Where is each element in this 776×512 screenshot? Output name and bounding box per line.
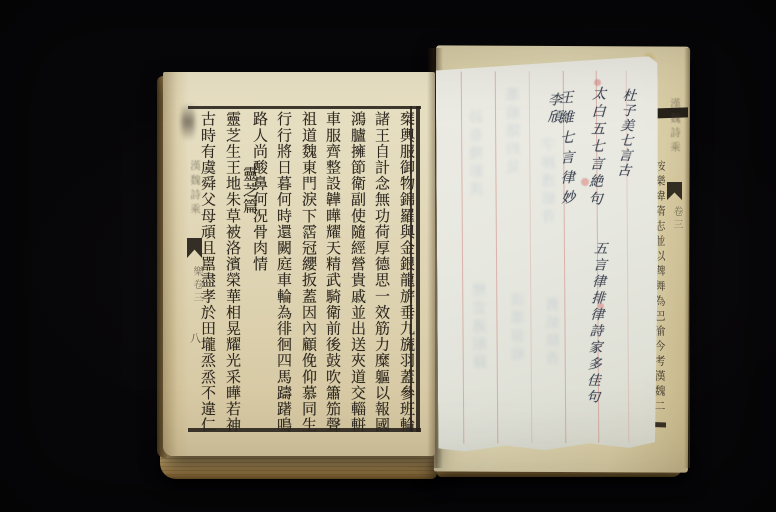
frame-top-border (188, 106, 421, 109)
poem-text-column: 古時有虞舜父母頑且嚚盡孝於田壠烝烝不違仁 (197, 111, 219, 433)
red-reading-mark (594, 79, 601, 86)
poem-text-column: 諸王自計念無功荷厚德思一效筋力糜軀以報國 (371, 111, 393, 433)
bleedthrough-text: 舊紙餘香 (543, 297, 564, 447)
poem-text-column: 車服齊整設韡曄耀天精武騎衛前後鼓吹簫笳聲 (322, 111, 344, 433)
red-reading-mark (581, 178, 589, 186)
bleedthrough-text: 墨痕隱約見 (504, 87, 525, 237)
red-reading-mark (598, 303, 604, 309)
poem-text-column: 行行將日暮何時還闕庭車輪為徘徊四馬躊躇鳴 (273, 111, 295, 433)
right-banxin-strip: 漢魏詩乘 卷三 (664, 90, 688, 420)
poem-text-column: 椉輿服御物錦羅與金銀龍旂垂九旒羽蓋參班輪 (396, 111, 418, 433)
poem-text-column: 靈芝生王地朱草被洛濱榮華相晃耀光采曄若神 (222, 111, 244, 433)
book-photo: 按樂緯隋志並以鞞舞為巴渝今考漢魏二篇歌謠各異本不相亂蓋因梁陳之世訛舛 漢魏詩乘 … (0, 0, 776, 512)
bleedthrough-text: 淡墨留痕 (508, 292, 529, 442)
bleedthrough-text: 詩卷殘影淡 (467, 109, 488, 259)
right-banxin-section: 卷三 (668, 206, 684, 276)
poem-text-column: 鴻臚擁節衛副使隨經營貴戚並出送夾道交輜軿 (347, 111, 369, 433)
bleedthrough-text: 煙雲過眼錄 (470, 282, 491, 432)
poem-text-column: 祖道魏東門淚下霑冠纓扳蓋因內顧俛仰慕同生 (298, 111, 320, 433)
right-banxin-book-title: 漢魏詩乘 (666, 98, 684, 218)
